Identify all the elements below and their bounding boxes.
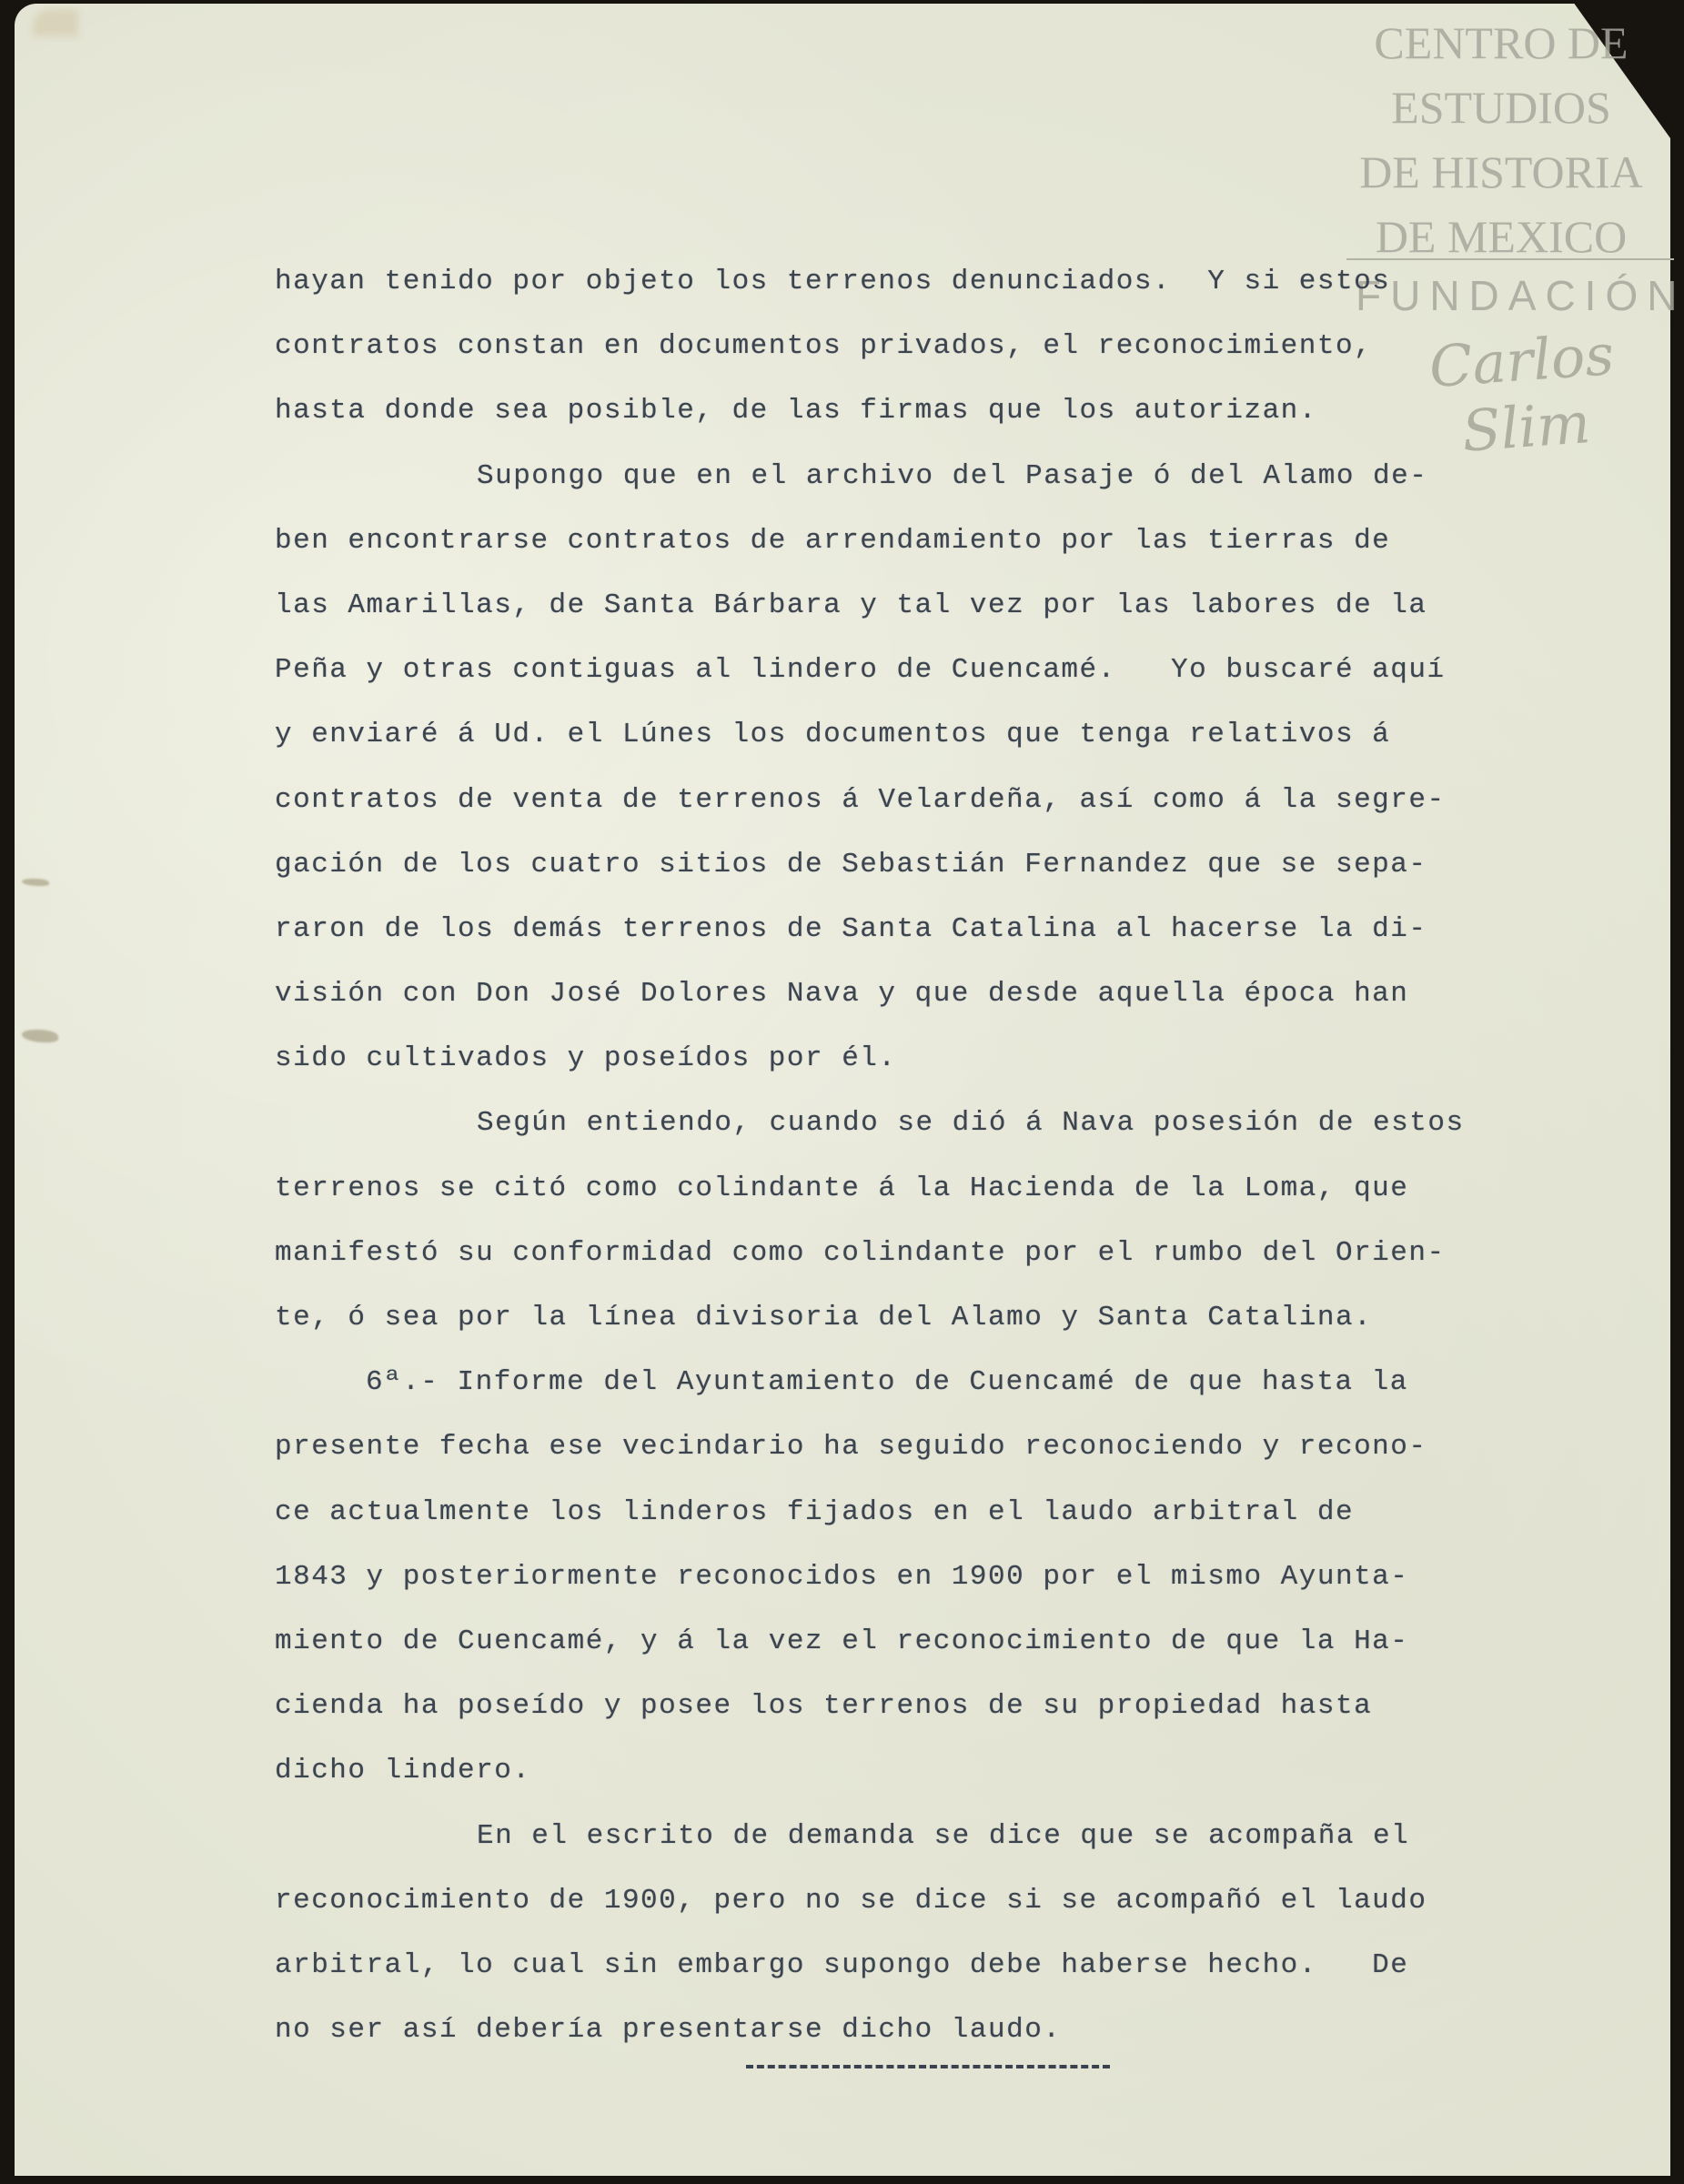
typed-line: gación de los cuatro sitios de Sebastián… — [275, 832, 1548, 897]
typed-line: sido cultivados y poseídos por él. — [275, 1026, 1548, 1091]
typed-line: miento de Cuencamé, y á la vez el recono… — [275, 1609, 1548, 1674]
typed-line: 1843 y posteriormente reconocidos en 190… — [275, 1545, 1548, 1609]
typed-line: contratos de venta de terrenos á Velarde… — [275, 768, 1548, 832]
typed-line: hayan tenido por objeto los terrenos den… — [275, 249, 1548, 314]
typed-line: hasta donde sea posible, de las firmas q… — [275, 378, 1548, 443]
typed-line: presente fecha ese vecindario ha seguido… — [275, 1414, 1548, 1479]
typed-line: Peña y otras contiguas al lindero de Cue… — [275, 638, 1548, 702]
typed-line: no ser así debería presentarse dicho lau… — [275, 1998, 1548, 2062]
closing-dashed-rule — [746, 2065, 1110, 2068]
typed-line: ce actualmente los linderos fijados en e… — [275, 1480, 1548, 1545]
typed-line: Según entiendo, cuando se dió á Nava pos… — [275, 1091, 1548, 1155]
typed-line: dicho lindero. — [275, 1738, 1548, 1803]
typed-line: Supongo que en el archivo del Pasaje ó d… — [275, 444, 1548, 508]
typed-line: ben encontrarse contratos de arrendamien… — [275, 508, 1548, 573]
typed-line: y enviaré á Ud. el Lúnes los documentos … — [275, 702, 1548, 767]
typed-line: terrenos se citó como colindante á la Ha… — [275, 1156, 1548, 1221]
typed-line: te, ó sea por la línea divisoria del Ala… — [275, 1285, 1548, 1350]
corner-stain — [33, 9, 78, 36]
typed-line: raron de los demás terrenos de Santa Cat… — [275, 897, 1548, 961]
typed-line: 6ª.- Informe del Ayuntamiento de Cuencam… — [275, 1350, 1548, 1414]
typed-line: visión con Don José Dolores Nava y que d… — [275, 961, 1548, 1026]
typed-line: En el escrito de demanda se dice que se … — [275, 1804, 1548, 1868]
edge-tear — [22, 879, 49, 886]
typed-line: manifestó su conformidad como colindante… — [275, 1221, 1548, 1285]
watermark-line: ESTUDIOS — [1328, 75, 1674, 140]
typed-line: reconocimiento de 1900, pero no se dice … — [275, 1868, 1548, 1933]
edge-tear — [22, 1030, 58, 1042]
typewritten-body: hayan tenido por objeto los terrenos den… — [275, 249, 1548, 2062]
watermark-line: CENTRO DE — [1328, 11, 1674, 75]
typed-line: contratos constan en documentos privados… — [275, 314, 1548, 378]
typed-line: cienda ha poseído y posee los terrenos d… — [275, 1674, 1548, 1738]
typed-line: las Amarillas, de Santa Bárbara y tal ve… — [275, 573, 1548, 638]
watermark-line: DE HISTORIA — [1328, 140, 1674, 205]
typed-line: arbitral, lo cual sin embargo supongo de… — [275, 1933, 1548, 1998]
archive-watermark: CENTRO DE ESTUDIOS DE HISTORIA DE MEXICO — [1328, 11, 1674, 269]
